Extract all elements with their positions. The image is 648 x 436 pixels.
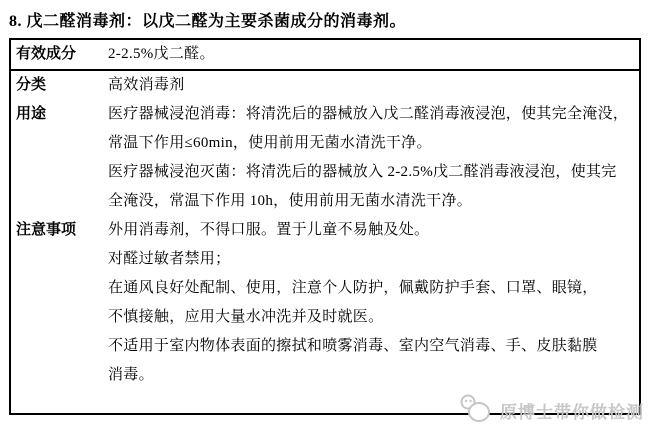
disinfectant-info-table: 有效成分 2-2.5%戊二醛。 分类 高效消毒剂 用途 医疗器械浸泡消毒：将清洗… — [9, 38, 641, 415]
page-title: 8. 戊二醛消毒剂：以戊二醛为主要杀菌成分的消毒剂。 — [9, 8, 406, 31]
table-row-category: 分类 高效消毒剂 — [11, 71, 639, 100]
table-row-precautions: 注意事项 外用消毒剂，不得口服。置于儿童不易触及处。 对醛过敏者禁用； 在通风良… — [11, 216, 639, 390]
row-label-precautions: 注意事项 — [11, 216, 108, 245]
row-value-category: 高效消毒剂 — [108, 71, 639, 100]
watermark-text: 原博士带你做检测 — [500, 398, 644, 423]
text-line: 医疗器械浸泡消毒：将清洗后的器械放入戊二醛消毒液浸泡，使其完全淹没， — [108, 100, 639, 129]
row-label-active-ingredient: 有效成分 — [11, 40, 108, 69]
text-line: 常温下作用≤60min，使用前用无菌水清洗干净。 — [108, 129, 639, 158]
table-row-active-ingredient: 有效成分 2-2.5%戊二醛。 — [11, 40, 639, 71]
text-line: 医疗器械浸泡灭菌：将清洗后的器械放入 2-2.5%戊二醛消毒液浸泡，使其完 — [108, 158, 639, 187]
text-line: 不慎接触，应用大量水冲洗并及时就医。 — [108, 303, 639, 332]
text-line: 全淹没，常温下作用 10h，使用前用无菌水清洗干净。 — [108, 187, 639, 216]
mascot-blob-icon — [458, 393, 494, 428]
text-line: 对醛过敏者禁用； — [108, 245, 639, 274]
text-line: 在通风良好处配制、使用，注意个人防护，佩戴防护手套、口罩、眼镜， — [108, 274, 639, 303]
row-value-active-ingredient: 2-2.5%戊二醛。 — [108, 40, 639, 69]
row-label-usage: 用途 — [11, 100, 108, 129]
text-line: 高效消毒剂 — [108, 71, 639, 100]
watermark: 原博士带你做检测 — [458, 393, 644, 428]
text-line: 2-2.5%戊二醛。 — [108, 40, 639, 69]
table-row-usage: 用途 医疗器械浸泡消毒：将清洗后的器械放入戊二醛消毒液浸泡，使其完全淹没， 常温… — [11, 100, 639, 216]
row-value-usage: 医疗器械浸泡消毒：将清洗后的器械放入戊二醛消毒液浸泡，使其完全淹没， 常温下作用… — [108, 100, 639, 216]
text-line: 不适用于室内物体表面的擦拭和喷雾消毒、室内空气消毒、手、皮肤黏膜 — [108, 332, 639, 361]
text-line: 消毒。 — [108, 361, 639, 390]
row-value-precautions: 外用消毒剂，不得口服。置于儿童不易触及处。 对醛过敏者禁用； 在通风良好处配制、… — [108, 216, 639, 390]
row-label-category: 分类 — [11, 71, 108, 100]
text-line: 外用消毒剂，不得口服。置于儿童不易触及处。 — [108, 216, 639, 245]
